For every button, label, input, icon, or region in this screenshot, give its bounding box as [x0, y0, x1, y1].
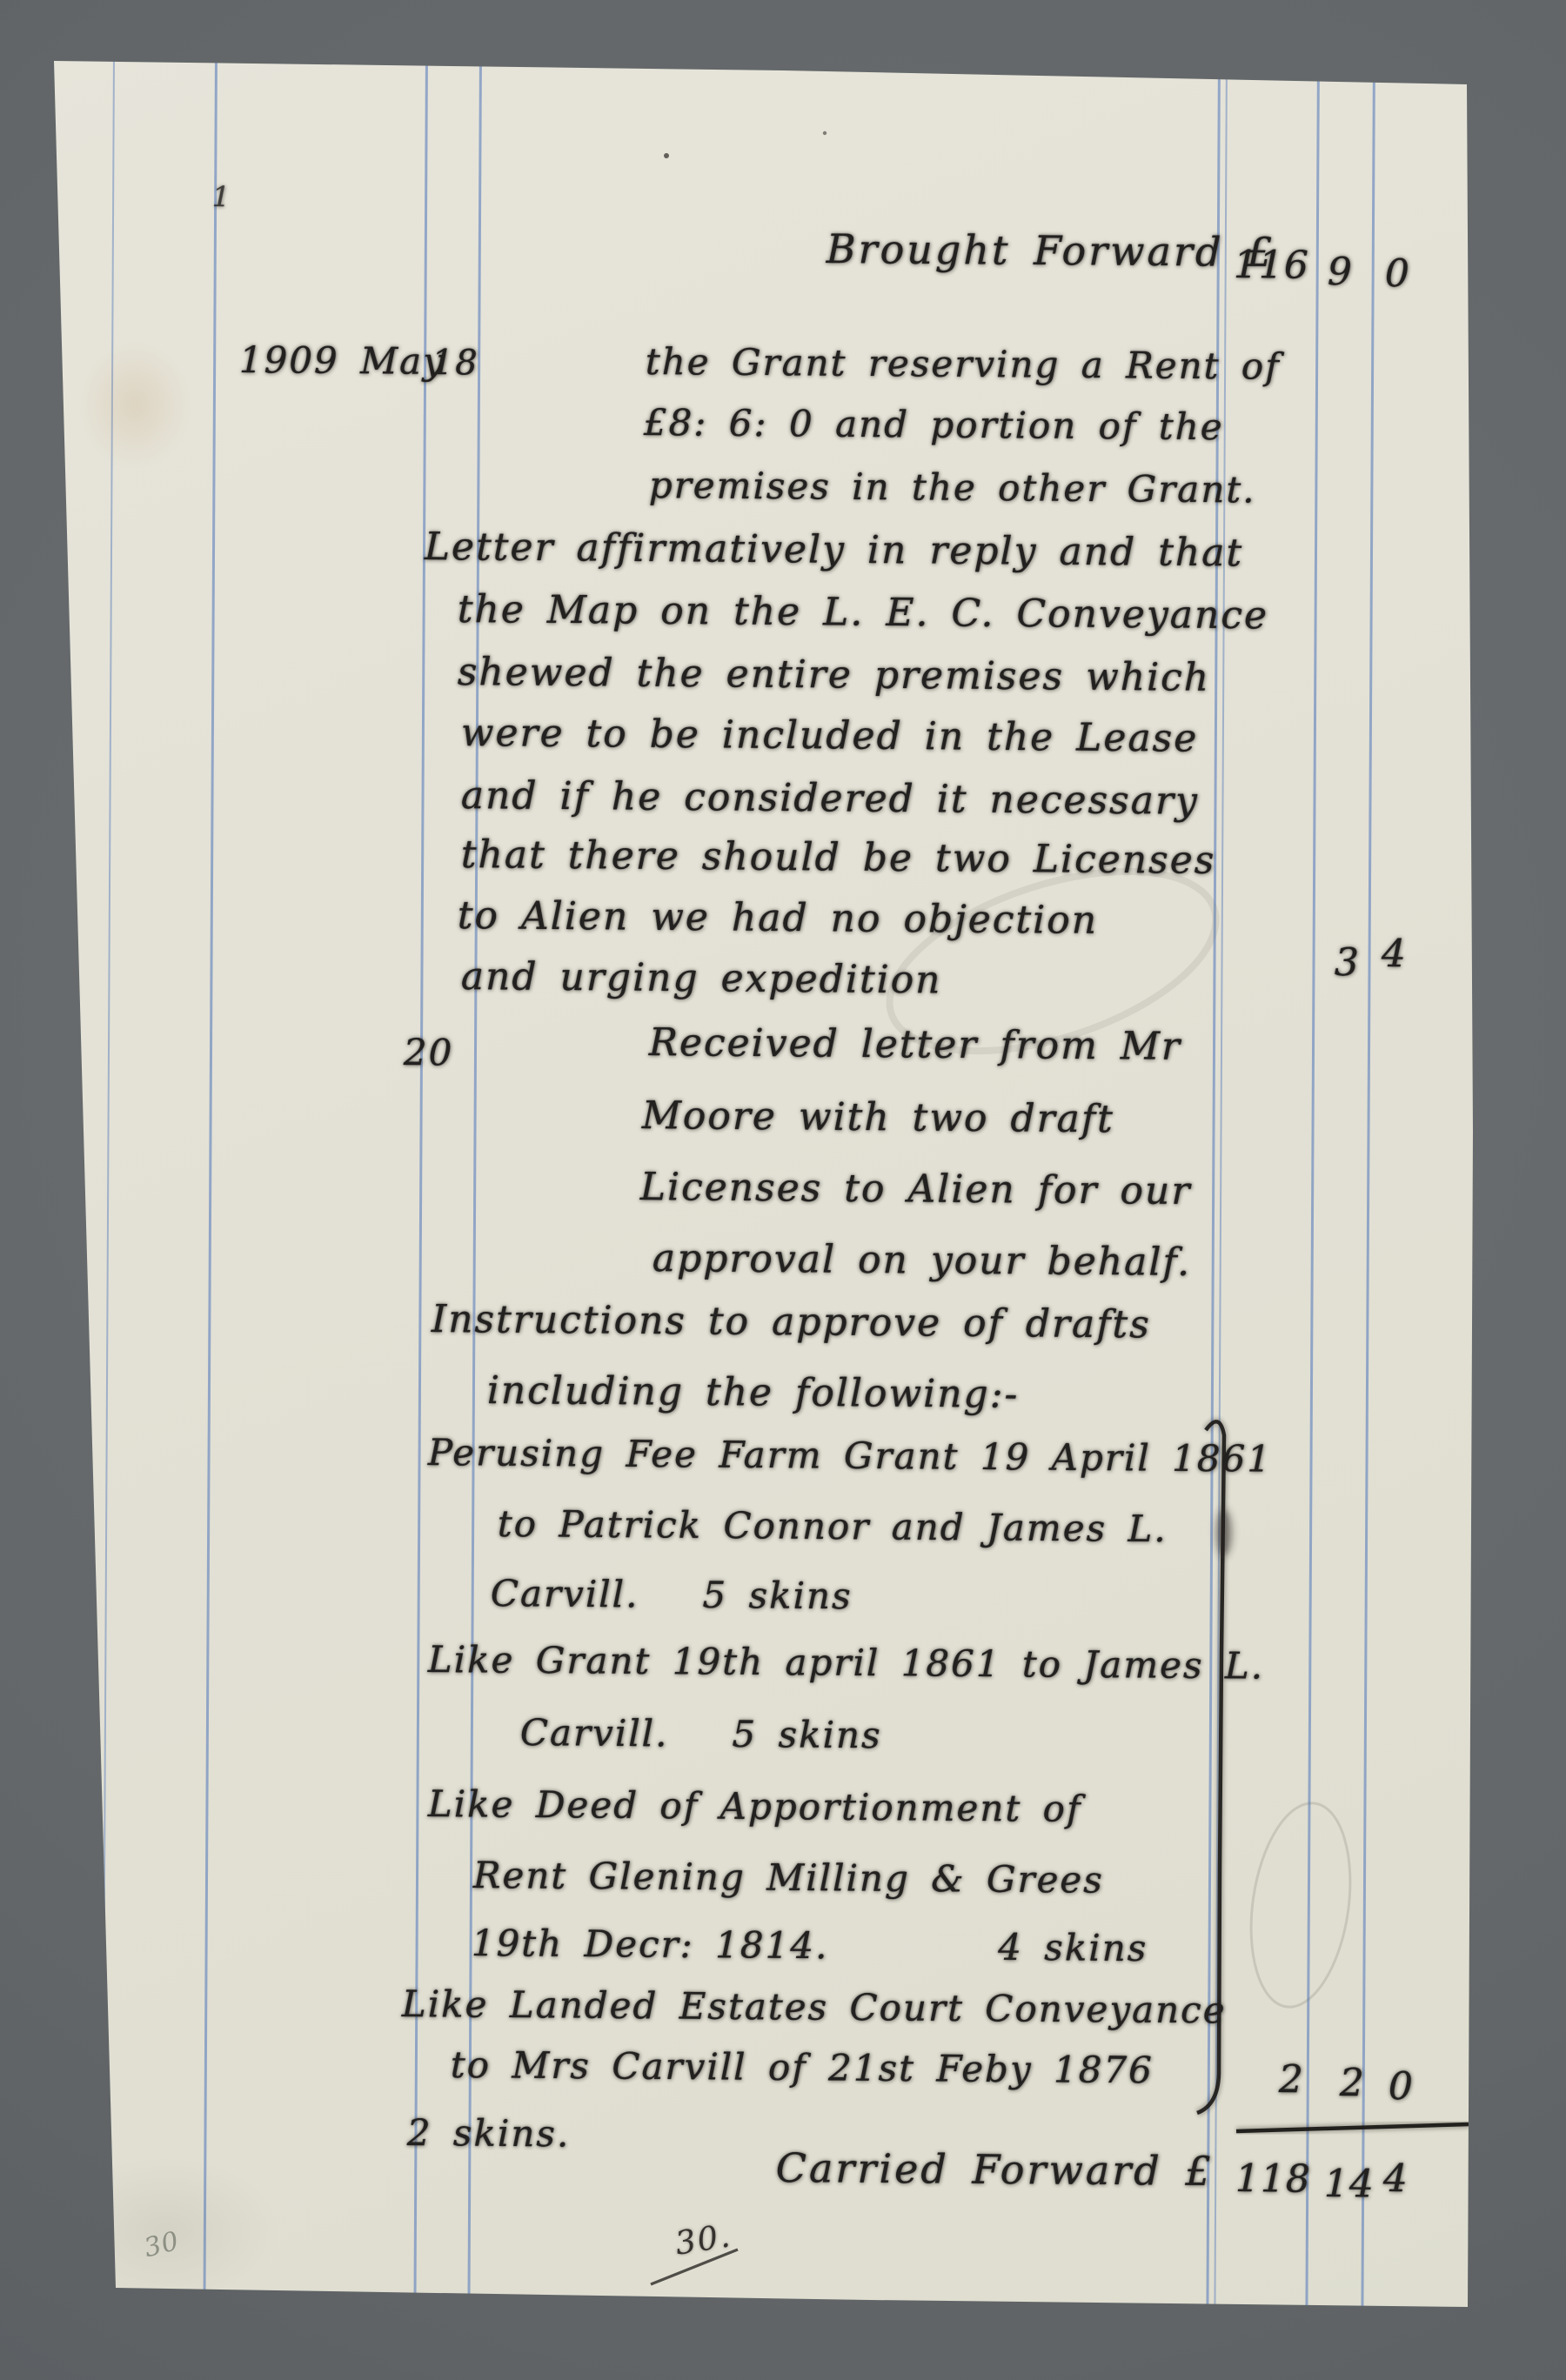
entry-line: that there should be two Licenses	[461, 835, 1216, 881]
deed-item-line: Perusing Fee Farm Grant 19 April 1861	[428, 1434, 1273, 1479]
paper-sheet: 1 Brought Forward £ 116 9 0 1909 May 18 …	[0, 0, 1566, 2380]
brought-forward-pounds: 116	[1234, 245, 1309, 286]
deed-item-line: to Mrs Carvill of 21st Feby 1876	[451, 2046, 1154, 2089]
entry-line: Received letter from Mr	[649, 1023, 1181, 1067]
deed-item-line: Rent Glening Milling & Grees	[473, 1856, 1104, 1900]
total-rule	[1236, 2124, 1469, 2131]
entry-line: approval on your behalf.	[652, 1239, 1192, 1283]
entry-line: shewed the entire premises which	[458, 652, 1211, 699]
entry-line: Licenses to Alien for our	[640, 1167, 1192, 1212]
entry-line: were to be included in the Lease	[461, 713, 1199, 759]
deed-item-pounds: 2	[1279, 2060, 1304, 2100]
deed-item-line: Like Grant 19th april 1861 to James L.	[428, 1641, 1265, 1686]
scanned-ledger-page: 1 Brought Forward £ 116 9 0 1909 May 18 …	[0, 0, 1566, 2380]
deed-item-line: to Patrick Connor and James L.	[498, 1505, 1168, 1548]
deed-item-line: Carvill. 5 skins	[491, 1574, 853, 1615]
brought-forward-pence: 0	[1385, 254, 1410, 294]
deed-item-line: 19th Decr: 1814. 4 skins	[472, 1924, 1148, 1968]
brought-forward-shillings: 9	[1328, 252, 1353, 292]
pencil-ghost	[1239, 1796, 1362, 2013]
carried-forward-shillings: 14	[1324, 2164, 1375, 2205]
entry-line: including the following:-	[487, 1371, 1020, 1415]
deed-item-line: Carvill. 5 skins	[520, 1714, 882, 1755]
entry-line: and if he considered it necessary	[461, 776, 1199, 822]
date-day: 20	[404, 1033, 454, 1073]
entry-line: to Alien we had no objection	[458, 896, 1099, 941]
ink-speck	[664, 153, 669, 158]
entry-line: the Grant reserving a Rent of	[646, 343, 1281, 386]
entry-line: the Map on the L. E. C. Conveyance	[458, 590, 1269, 637]
entry-line: Moore with two draft	[642, 1096, 1114, 1140]
brought-forward-label: Brought Forward £	[826, 228, 1275, 273]
carried-forward-pounds: 118	[1235, 2159, 1311, 2200]
deed-item-line: Like Deed of Apportionment of	[428, 1785, 1082, 1828]
entry-line: and urging expedition	[461, 957, 942, 1001]
deed-item-line: Like Landed Estates Court Conveyance	[402, 1985, 1227, 2030]
letter-entry-pence: 4	[1382, 934, 1407, 974]
deed-item-pence: 0	[1389, 2067, 1414, 2107]
carried-forward-label: Carried Forward £	[776, 2147, 1214, 2192]
ink-blob	[1216, 1509, 1232, 1556]
entry-line: Instructions to approve of drafts	[432, 1300, 1151, 1346]
deed-item-line: 2 skins.	[407, 2114, 571, 2154]
deed-item-shillings: 2	[1340, 2063, 1365, 2103]
ink-speck	[823, 131, 826, 135]
carried-forward-pence: 4	[1383, 2159, 1409, 2199]
entry-line: £8: 6: 0 and portion of the	[644, 404, 1224, 446]
stray-mark: 1	[212, 183, 232, 212]
entry-line: Letter affirmatively in reply and that	[425, 527, 1244, 574]
date-day: 18	[432, 344, 479, 381]
footer-page-number: 30.	[673, 2219, 734, 2260]
date-year-month: 1909 May	[239, 341, 445, 381]
letter-entry-shillings: 3	[1335, 943, 1360, 983]
entry-line: premises in the other Grant.	[649, 466, 1256, 510]
